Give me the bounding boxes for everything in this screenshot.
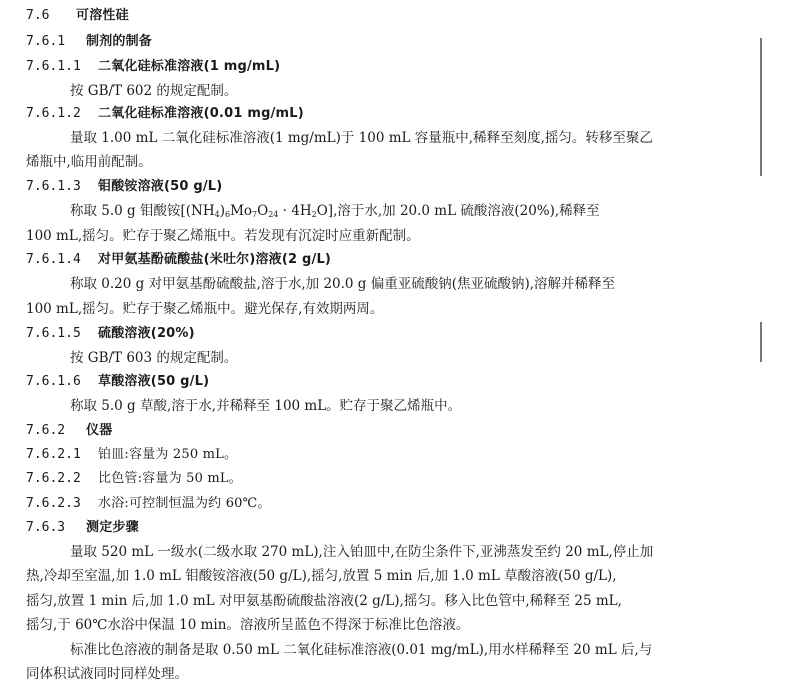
paragraph: 按 GB/T 603 的规定配制。	[70, 348, 237, 368]
section-heading: 7.6.1.4对甲氨基酚硫酸盐(米吐尔)溶液(2 g/L)	[26, 250, 331, 270]
paragraph: 摇匀,于 60℃水浴中保温 10 min。溶液所呈蓝色不得深于标准比色溶液。	[26, 615, 469, 635]
paragraph: 按 GB/T 602 的规定配制。	[70, 81, 237, 101]
paragraph: 量取 520 mL 一级水(二级水取 270 mL),注入铂皿中,在防尘条件下,…	[70, 542, 653, 562]
section-heading: 7.6可溶性硅	[26, 6, 129, 26]
section-heading: 7.6.2仪器	[26, 421, 112, 441]
section-heading: 7.6.2.3水浴:可控制恒温为约 60℃。	[26, 494, 271, 514]
section-heading: 7.6.2.2比色管:容量为 50 mL。	[26, 469, 242, 489]
paragraph: 称取 5.0 g 钼酸铵[(NH4)6Mo7O24 · 4H2O],溶于水,加 …	[70, 201, 600, 225]
paragraph: 同体积试液同时同样处理。	[26, 664, 188, 684]
paragraph: 烯瓶中,临用前配制。	[26, 152, 152, 172]
section-heading: 7.6.1.6草酸溶液(50 g/L)	[26, 372, 209, 392]
revision-bar	[760, 38, 762, 176]
paragraph: 100 mL,摇匀。贮存于聚乙烯瓶中。若发现有沉淀时应重新配制。	[26, 226, 420, 246]
section-heading: 7.6.1.2二氧化硅标准溶液(0.01 mg/mL)	[26, 104, 304, 124]
paragraph: 标准比色溶液的制备是取 0.50 mL 二氧化硅标准溶液(0.01 mg/mL)…	[70, 640, 652, 660]
document-page: 7.6可溶性硅 7.6.1制剂的制备 7.6.1.1二氧化硅标准溶液(1 mg/…	[0, 0, 800, 695]
paragraph: 量取 1.00 mL 二氧化硅标准溶液(1 mg/mL)于 100 mL 容量瓶…	[70, 128, 653, 148]
paragraph: 热,冷却至室温,加 1.0 mL 钼酸铵溶液(50 g/L),摇匀,放置 5 m…	[26, 566, 617, 586]
paragraph: 称取 5.0 g 草酸,溶于水,并稀释至 100 mL。贮存于聚乙烯瓶中。	[70, 396, 461, 416]
paragraph: 摇匀,放置 1 min 后,加 1.0 mL 对甲氨基酚硫酸盐溶液(2 g/L)…	[26, 591, 622, 611]
section-heading: 7.6.1.5硫酸溶液(20%)	[26, 324, 195, 344]
section-heading: 7.6.3测定步骤	[26, 518, 139, 538]
revision-bar	[760, 322, 762, 362]
paragraph: 称取 0.20 g 对甲氨基酚硫酸盐,溶于水,加 20.0 g 偏重亚硫酸钠(焦…	[70, 274, 615, 294]
section-heading: 7.6.2.1铂皿:容量为 250 mL。	[26, 445, 237, 465]
section-heading: 7.6.1.3钼酸铵溶液(50 g/L)	[26, 177, 222, 197]
section-heading: 7.6.1.1二氧化硅标准溶液(1 mg/mL)	[26, 57, 280, 77]
section-heading: 7.6.1制剂的制备	[26, 32, 152, 52]
paragraph: 100 mL,摇匀。贮存于聚乙烯瓶中。避光保存,有效期两周。	[26, 299, 383, 319]
